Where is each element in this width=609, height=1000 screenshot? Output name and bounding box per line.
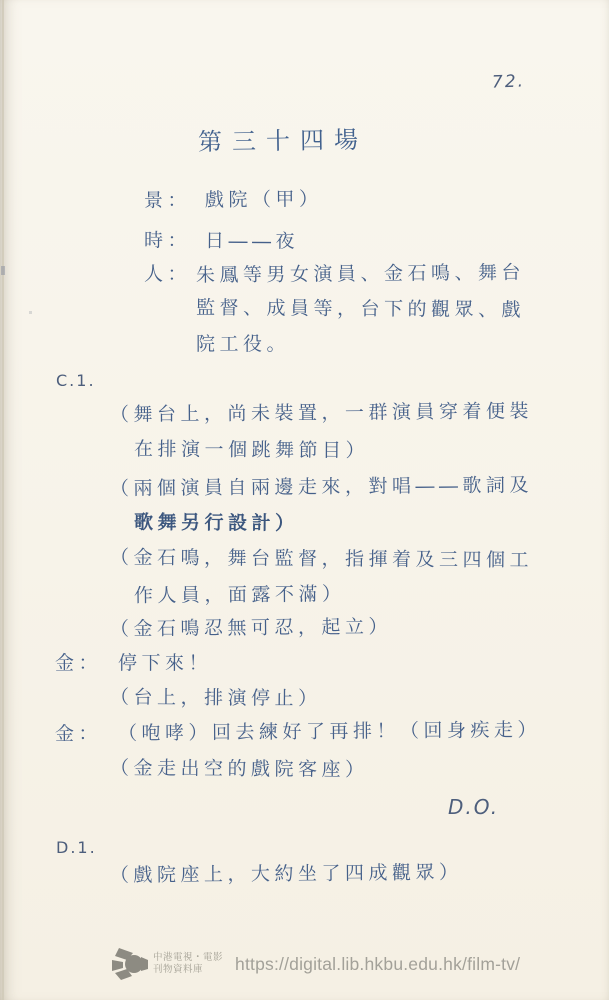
stage-direction: （金石鳴忍無可忍，起立） [110, 617, 392, 642]
scanned-script-page: { "page": { "page_number": "72.", "title… [0, 0, 609, 1000]
stage-direction: （戲院座上，大約坐了四成觀眾） [110, 862, 463, 888]
stage-direction: 在排演一個跳舞節目） [134, 439, 369, 463]
cast-line-3: 院工役。 [196, 334, 290, 357]
field-scene-value: 戲院（甲） [205, 189, 323, 213]
watermark-label: 中港電視・電影 刊物資料庫 [153, 952, 223, 976]
stage-direction: 作人員，面露不滿） [134, 584, 346, 609]
field-time-value: 日——夜 [205, 231, 299, 254]
watermark-line-1: 中港電視・電影 [153, 952, 223, 964]
shot-cue-d1: D.1. [56, 838, 97, 857]
stage-direction: 歌舞另行設計） [134, 512, 299, 536]
shot-cue-c1: C.1. [56, 371, 96, 390]
scan-speck [1, 266, 5, 275]
film-spotlight-logo-icon [112, 948, 148, 980]
archive-url: https://digital.lib.hkbu.edu.hk/film-tv/ [235, 954, 520, 975]
field-scene-label: 景： [144, 190, 191, 213]
dialogue-line: 金：停下來！ [55, 653, 212, 676]
dialogue-text: 停下來！ [118, 653, 212, 676]
dialogue-speaker: 金： [55, 653, 102, 676]
stage-direction: （台上，排演停止） [110, 687, 322, 711]
dialogue-speaker: 金： [55, 724, 102, 747]
field-scene: 景：戲院（甲） [144, 189, 323, 213]
field-cast-label: 人： [144, 264, 191, 287]
cast-line-1: 朱鳳等男女演員、金石鳴、舞台 [196, 263, 525, 289]
stage-direction: （金石鳴，舞台監督，指揮着及三四個工 [110, 548, 533, 574]
field-time-label: 時： [144, 230, 191, 253]
dialogue-line: 金：（咆哮）回去練好了再排！（回身疾走） [55, 720, 541, 747]
scan-edge [2, 0, 4, 1000]
cast-line-2: 監督、成員等，台下的觀眾、戲 [196, 298, 525, 323]
page-number: 72. [492, 71, 526, 93]
stage-direction: （舞台上，尚未裝置，一群演員穿着便裝 [110, 401, 533, 427]
field-time: 時：日——夜 [144, 230, 299, 254]
transition-cue-do: D.O. [448, 795, 499, 819]
archive-watermark: 中港電視・電影 刊物資料庫 https://digital.lib.hkbu.e… [112, 948, 520, 980]
scene-title: 第三十四場 [198, 127, 368, 158]
watermark-line-2: 刊物資料庫 [153, 964, 223, 976]
stage-direction: （兩個演員自兩邊走來，對唱——歌詞及 [110, 475, 533, 501]
scan-speck [29, 311, 32, 314]
dialogue-text: （咆哮）回去練好了再排！（回身疾走） [118, 720, 541, 746]
stage-direction: （金走出空的戲院客座） [110, 758, 369, 783]
